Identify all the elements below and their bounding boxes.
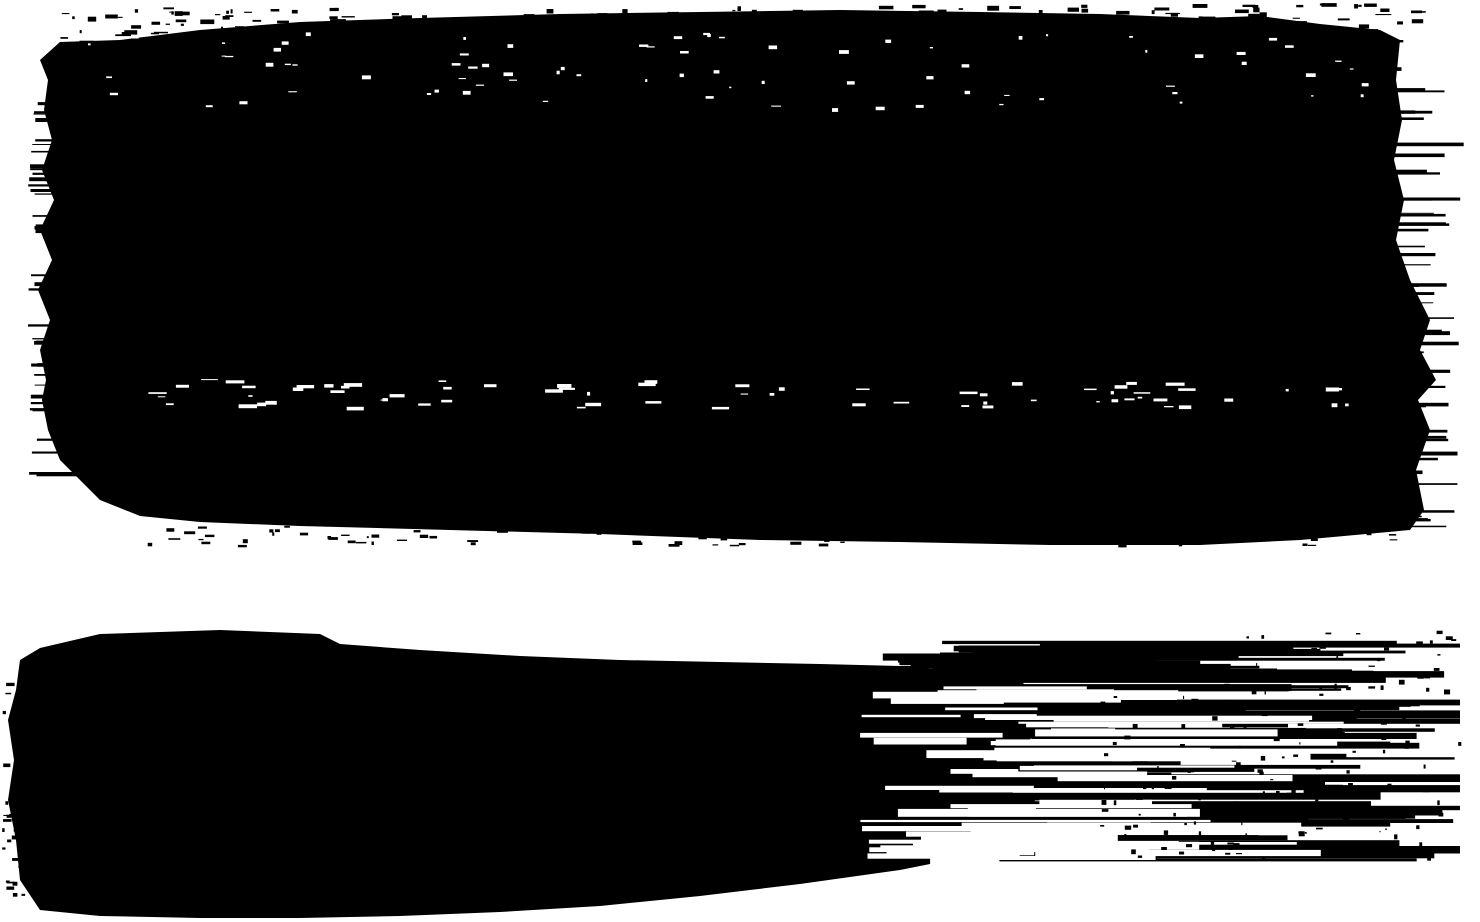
upper-brush-stroke	[38, 10, 1436, 545]
brush-strokes-artwork	[0, 0, 1480, 922]
